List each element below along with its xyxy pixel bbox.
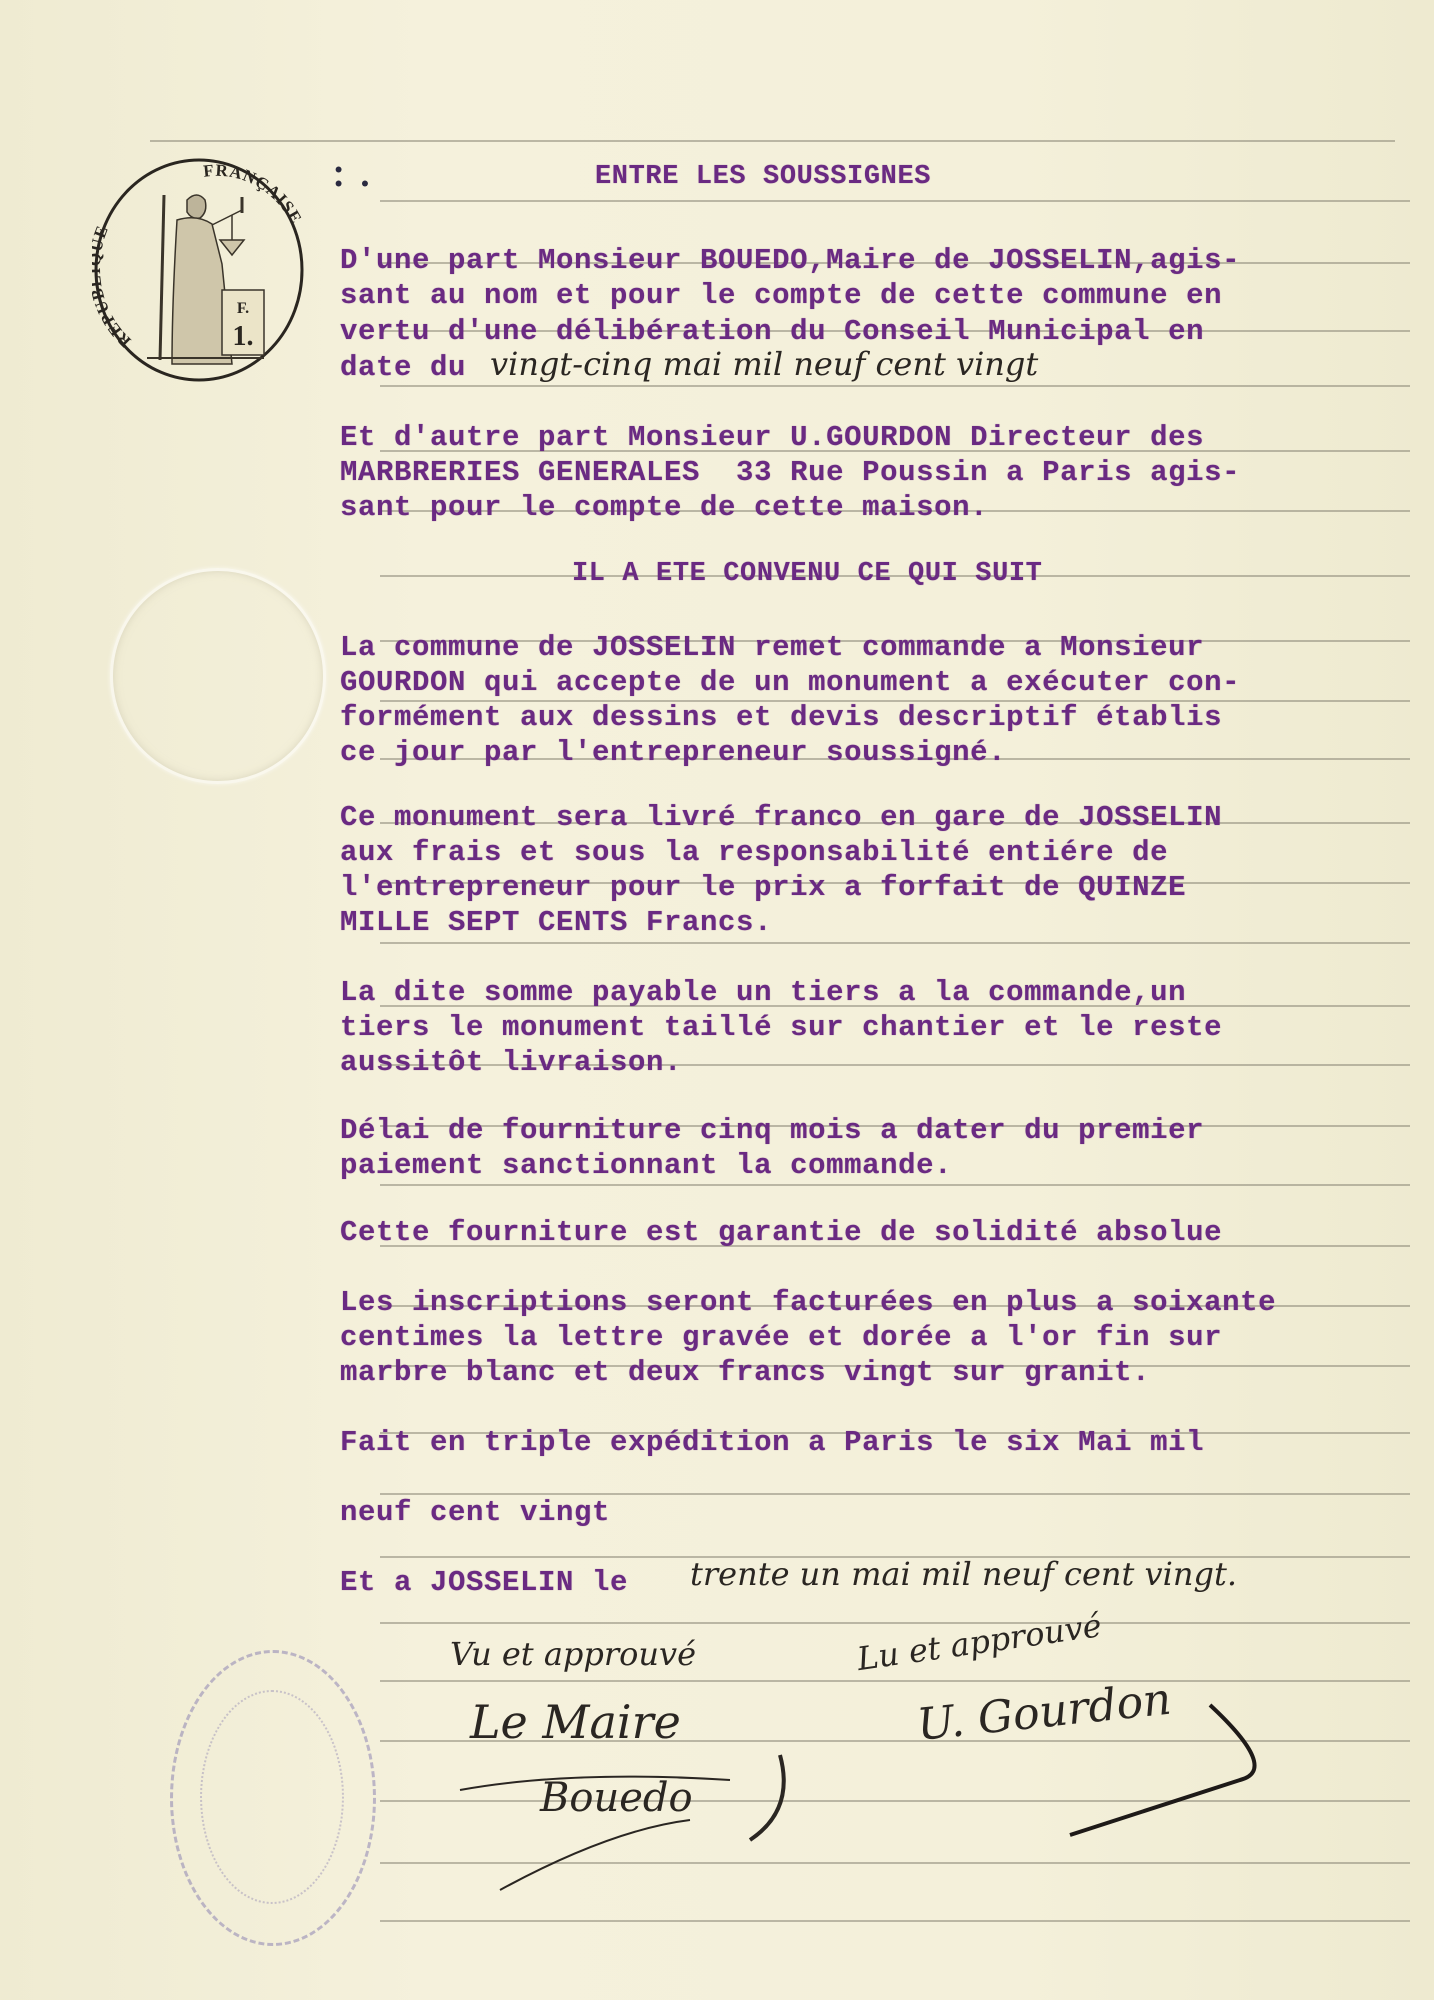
- text-line: D'une part Monsieur BOUEDO,Maire de JOSS…: [340, 243, 1240, 278]
- text-line: sant pour le compte de cette maison.: [340, 490, 988, 525]
- text-line: neuf cent vingt: [340, 1495, 610, 1530]
- rule-line: [380, 1184, 1410, 1186]
- mayor-approval-note: Vu et approuvé: [450, 1635, 696, 1673]
- rule-line: [380, 942, 1410, 944]
- text-line: MILLE SEPT CENTS Francs.: [340, 905, 772, 940]
- text-line: l'entrepreneur pour le prix a forfait de…: [340, 870, 1186, 905]
- text-line: tiers le monument taillé sur chantier et…: [340, 1010, 1222, 1045]
- mayor-signature-flourish-icon: [450, 1750, 810, 1900]
- svg-text:FRANÇAISE: FRANÇAISE: [202, 161, 305, 228]
- text-line: sant au nom et pour le compte de cette c…: [340, 278, 1222, 313]
- text-line: aux frais et sous la responsabilité enti…: [340, 835, 1168, 870]
- text-line: date du: [340, 350, 466, 385]
- seal-value-top: F.: [237, 300, 249, 317]
- text-line: marbre blanc et deux francs vingt sur gr…: [340, 1355, 1150, 1390]
- contractor-signature-flourish-icon: [1060, 1700, 1280, 1840]
- text-line: Et a JOSSELIN le: [340, 1565, 628, 1600]
- rule-line: [380, 1680, 1410, 1682]
- svg-text:REPUBLIQUE: REPUBLIQUE: [92, 222, 135, 350]
- text-line: vertu d'une délibération du Conseil Muni…: [340, 314, 1204, 349]
- marianne-justice-icon: REPUBLIQUE FRANÇAISE F. 1.: [92, 155, 307, 385]
- handwritten-deliberation-date: vingt-cinq mai mil neuf cent vingt: [490, 345, 1038, 383]
- heading-entre-les-soussignes: ENTRE LES SOUSSIGNES: [595, 160, 931, 195]
- rule-line: [380, 200, 1410, 202]
- text-line: Fait en triple expédition a Paris le six…: [340, 1425, 1204, 1460]
- text-line: Les inscriptions seront facturées en plu…: [340, 1285, 1276, 1320]
- text-line: MARBRERIES GENERALES 33 Rue Poussin a Pa…: [340, 455, 1240, 490]
- rule-line: [380, 385, 1410, 387]
- text-line: centimes la lettre gravée et dorée a l'o…: [340, 1320, 1222, 1355]
- seal-value-bottom: 1.: [233, 321, 254, 352]
- municipal-stamp-inner-ring: [200, 1690, 344, 1904]
- rule-line: [380, 1920, 1410, 1922]
- typewriter-dots-mark: •• •: [332, 165, 372, 193]
- text-line: La commune de JOSSELIN remet commande a …: [340, 630, 1204, 665]
- text-line: paiement sanctionnant la commande.: [340, 1148, 952, 1183]
- text-line: Ce monument sera livré franco en gare de…: [340, 800, 1222, 835]
- heading-il-a-ete-convenu: IL A ETE CONVENU CE QUI SUIT: [572, 557, 1042, 592]
- text-line: ce jour par l'entrepreneur soussigné.: [340, 735, 1006, 770]
- text-line: Délai de fourniture cinq mois a dater du…: [340, 1113, 1204, 1148]
- embossed-seal: [110, 568, 326, 784]
- text-line: Et d'autre part Monsieur U.GOURDON Direc…: [340, 420, 1204, 455]
- text-line: La dite somme payable un tiers a la comm…: [340, 975, 1186, 1010]
- text-line: Cette fourniture est garantie de solidit…: [340, 1215, 1222, 1250]
- rule-line: [150, 140, 1395, 142]
- text-line: GOURDON qui accepte de un monument a exé…: [340, 665, 1240, 700]
- seal-left-text: REPUBLIQUE: [92, 222, 135, 350]
- mayor-title: Le Maire: [470, 1695, 681, 1749]
- rule-line: [380, 1622, 1410, 1624]
- text-line: formément aux dessins et devis descripti…: [340, 700, 1222, 735]
- seal-right-text: FRANÇAISE: [202, 161, 305, 228]
- fiscal-stamp-seal: REPUBLIQUE FRANÇAISE F. 1.: [92, 155, 307, 385]
- handwritten-josselin-date: trente un mai mil neuf cent vingt.: [690, 1555, 1237, 1593]
- text-line: aussitôt livraison.: [340, 1045, 682, 1080]
